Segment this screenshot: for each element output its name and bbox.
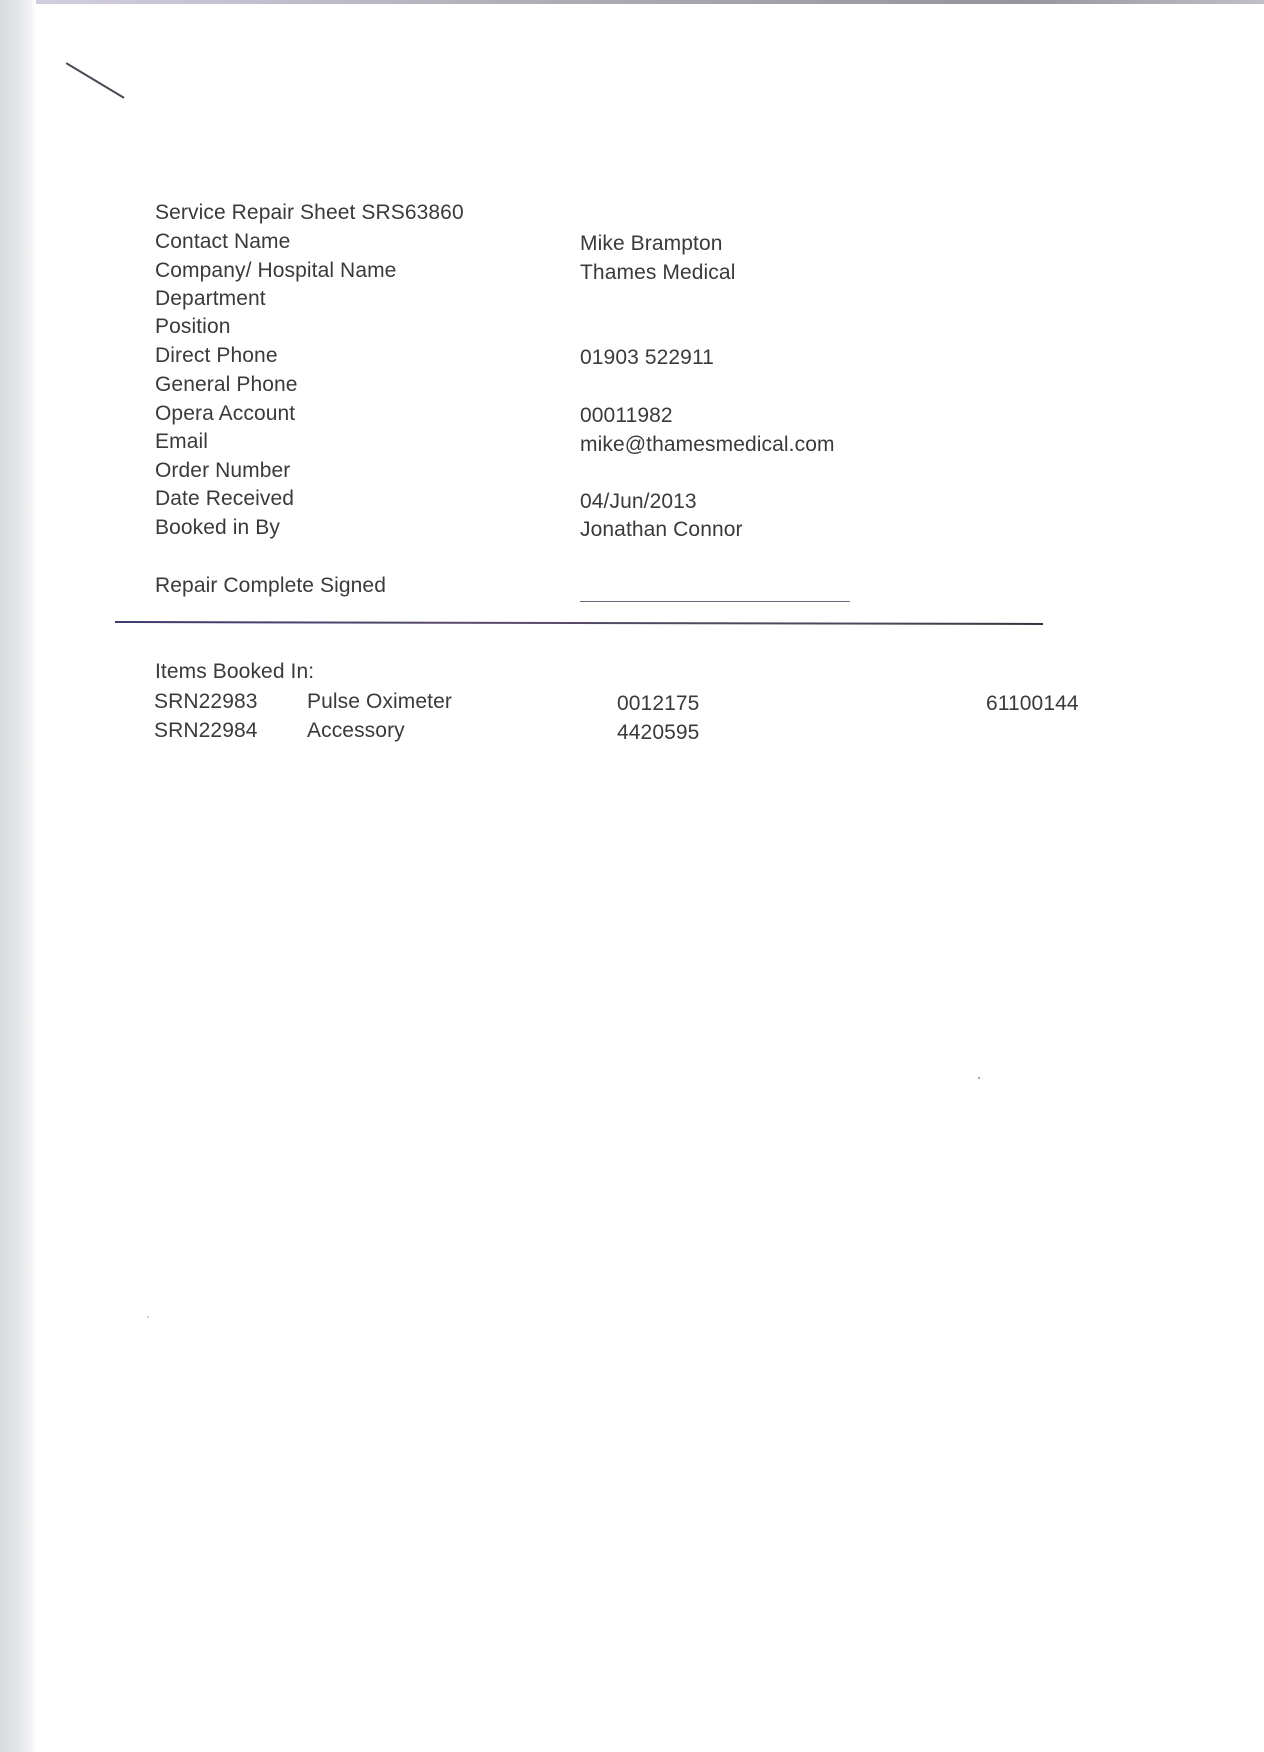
scan-edge-left	[0, 0, 36, 1752]
item-srn: SRN22984	[154, 719, 258, 743]
field-label-company: Company/ Hospital Name	[155, 259, 396, 283]
field-label-direct-phone: Direct Phone	[155, 344, 278, 368]
item-serial: 4420595	[617, 721, 699, 745]
field-label-order-number: Order Number	[155, 459, 290, 483]
item-description: Pulse Oximeter	[307, 690, 452, 714]
signature-label: Repair Complete Signed	[155, 574, 386, 598]
item-description: Accessory	[307, 719, 405, 743]
field-value-email: mike@thamesmedical.com	[580, 433, 835, 457]
field-label-contact-name: Contact Name	[155, 230, 290, 254]
field-value-direct-phone: 01903 522911	[580, 346, 714, 370]
items-heading: Items Booked In:	[155, 660, 314, 684]
scan-edge-top	[36, 0, 1264, 4]
field-label-general-phone: General Phone	[155, 373, 298, 397]
field-value-company: Thames Medical	[580, 261, 735, 285]
field-label-opera-account: Opera Account	[155, 402, 295, 426]
field-value-booked-in-by: Jonathan Connor	[580, 518, 743, 542]
field-label-email: Email	[155, 430, 208, 454]
field-value-contact-name: Mike Brampton	[580, 232, 723, 256]
scan-speck	[147, 1316, 149, 1318]
field-label-position: Position	[155, 315, 231, 339]
field-label-booked-in-by: Booked in By	[155, 516, 280, 540]
pen-mark	[65, 62, 124, 99]
section-divider	[115, 621, 1043, 625]
item-srn: SRN22983	[154, 690, 258, 714]
field-value-opera-account: 00011982	[580, 404, 673, 428]
item-serial: 0012175	[617, 692, 699, 716]
field-label-department: Department	[155, 287, 266, 311]
document-title: Service Repair Sheet SRS63860	[155, 201, 464, 225]
signature-line	[580, 601, 850, 602]
scan-speck	[978, 1077, 980, 1079]
field-value-date-received: 04/Jun/2013	[580, 490, 697, 514]
field-label-date-received: Date Received	[155, 487, 294, 511]
item-extra-number: 61100144	[986, 692, 1079, 716]
